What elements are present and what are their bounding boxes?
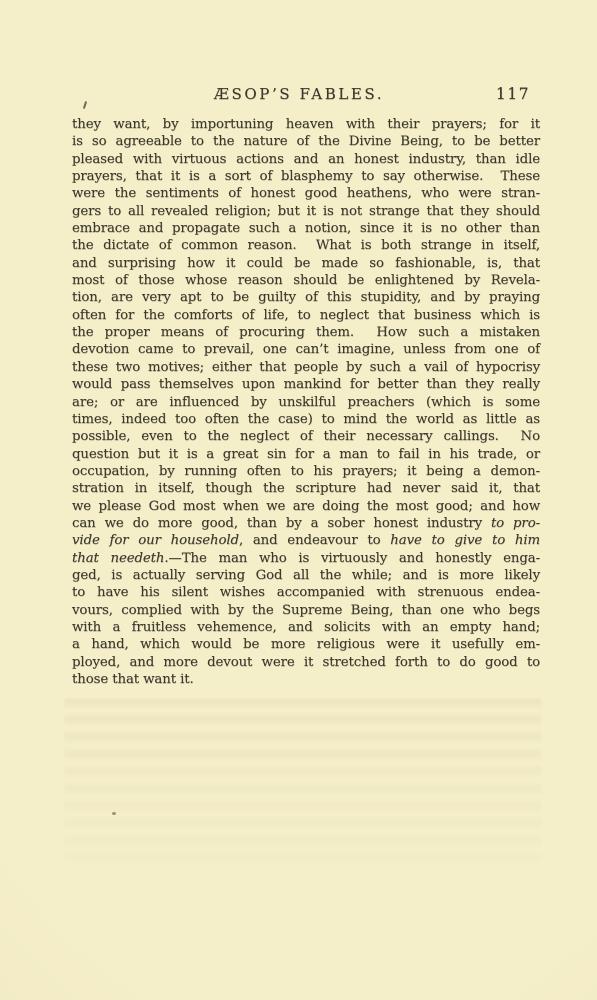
text-line: times, indeed too often the case) to min… [72, 411, 540, 428]
text-segment: and surprising how it could be made so f… [72, 256, 540, 271]
text-line: tion, are very apt to be guilty of this … [72, 289, 540, 306]
running-title: ÆSOP’S FABLES. [65, 85, 533, 103]
text-segment: tion, are very apt to be guilty of this … [72, 290, 540, 305]
paper-speck [112, 812, 116, 815]
text-line: ged, is actually serving God all the whi… [72, 567, 540, 584]
text-segment: —The man who is virtuously and honestly … [169, 551, 540, 566]
page-number: 117 [496, 85, 530, 103]
text-line: would pass themselves upon mankind for b… [72, 376, 540, 393]
text-segment: with a fruitless vehemence, and solicits… [72, 620, 540, 635]
text-line: are; or are influenced by unskilful prea… [72, 394, 540, 411]
text-line: the dictate of common reason. What is bo… [72, 237, 540, 254]
text-line: most of those whose reason should be enl… [72, 272, 540, 289]
text-segment: is so agreeable to the nature of the Div… [72, 134, 540, 149]
text-line: question but it is a great sin for a man… [72, 446, 540, 463]
text-line: the proper means of procuring them. How … [72, 324, 540, 341]
text-line: stration in itself, though the scripture… [72, 480, 540, 497]
text-segment: question but it is a great sin for a man… [72, 447, 540, 462]
text-line: pleased with virtuous actions and an hon… [72, 151, 540, 168]
text-segment: , and endeavour to [239, 533, 390, 548]
text-segment: often for the comforts of life, to negle… [72, 308, 540, 323]
italic-text-segment: that needeth. [72, 551, 169, 566]
text-segment: most of those whose reason should be enl… [72, 273, 540, 288]
text-line: these two motives; either that people by… [72, 359, 540, 376]
body-text: they want, by importuning heaven with th… [72, 116, 540, 688]
text-segment: the proper means of procuring them. How … [72, 325, 540, 340]
text-segment: ployed, and more devout were it stretche… [72, 655, 540, 670]
text-line: with a fruitless vehemence, and solicits… [72, 619, 540, 636]
text-segment: possible, even to the neglect of their n… [72, 429, 540, 444]
text-line: possible, even to the neglect of their n… [72, 428, 540, 445]
text-segment: these two motives; either that people by… [72, 360, 540, 375]
text-segment: vours, complied with by the Supreme Bein… [72, 603, 540, 618]
text-line: embrace and propagate such a notion, sin… [72, 220, 540, 237]
text-segment: pleased with virtuous actions and an hon… [72, 152, 540, 167]
text-line: were the sentiments of honest good heath… [72, 185, 540, 202]
text-line: ployed, and more devout were it stretche… [72, 654, 540, 671]
text-segment: occupation, by running often to his pray… [72, 464, 540, 479]
bleedthrough-texture [64, 698, 542, 873]
text-line: vours, complied with by the Supreme Bein… [72, 602, 540, 619]
text-line: can we do more good, than by a sober hon… [72, 515, 540, 532]
text-segment: devotion came to prevail, one can’t imag… [72, 342, 540, 357]
text-segment: would pass themselves upon mankind for b… [72, 377, 540, 392]
text-segment: times, indeed too often the case) to min… [72, 412, 540, 427]
text-segment: are; or are influenced by unskilful prea… [72, 395, 540, 410]
text-segment: can we do more good, than by a sober hon… [72, 516, 491, 531]
text-line: to have his silent wishes accompanied wi… [72, 584, 540, 601]
text-line: prayers, that it is a sort of blasphemy … [72, 168, 540, 185]
text-segment: stration in itself, though the scripture… [72, 481, 540, 496]
text-line: vide for our household, and endeavour to… [72, 532, 540, 549]
text-segment: were the sentiments of honest good heath… [72, 186, 540, 201]
text-line: devotion came to prevail, one can’t imag… [72, 341, 540, 358]
text-line: those that want it. [72, 671, 540, 688]
text-segment: gers to all revealed religion; but it is… [72, 204, 540, 219]
book-page: ÆSOP’S FABLES. 117 they want, by importu… [0, 0, 597, 1000]
text-line: occupation, by running often to his pray… [72, 463, 540, 480]
italic-text-segment: have to give to him [390, 533, 540, 548]
text-line: we please God most when we are doing the… [72, 498, 540, 515]
text-segment: the dictate of common reason. What is bo… [72, 238, 540, 253]
text-line: gers to all revealed religion; but it is… [72, 203, 540, 220]
text-line: often for the comforts of life, to negle… [72, 307, 540, 324]
text-line: is so agreeable to the nature of the Div… [72, 133, 540, 150]
text-segment: embrace and propagate such a notion, sin… [72, 221, 540, 236]
text-segment: to have his silent wishes accompanied wi… [72, 585, 540, 600]
text-segment: those that want it. [72, 672, 194, 687]
page-header: ÆSOP’S FABLES. 117 [72, 85, 540, 105]
text-segment: we please God most when we are doing the… [72, 499, 540, 514]
text-line: a hand, which would be more religious we… [72, 636, 540, 653]
italic-text-segment: to pro- [491, 516, 540, 531]
text-segment: they want, by importuning heaven with th… [72, 117, 540, 132]
italic-text-segment: vide for our household [72, 533, 239, 548]
text-line: and surprising how it could be made so f… [72, 255, 540, 272]
text-segment: a hand, which would be more religious we… [72, 637, 540, 652]
text-line: that needeth.—The man who is virtuously … [72, 550, 540, 567]
text-segment: ged, is actually serving God all the whi… [72, 568, 540, 583]
text-line: they want, by importuning heaven with th… [72, 116, 540, 133]
text-segment: prayers, that it is a sort of blasphemy … [72, 169, 540, 184]
